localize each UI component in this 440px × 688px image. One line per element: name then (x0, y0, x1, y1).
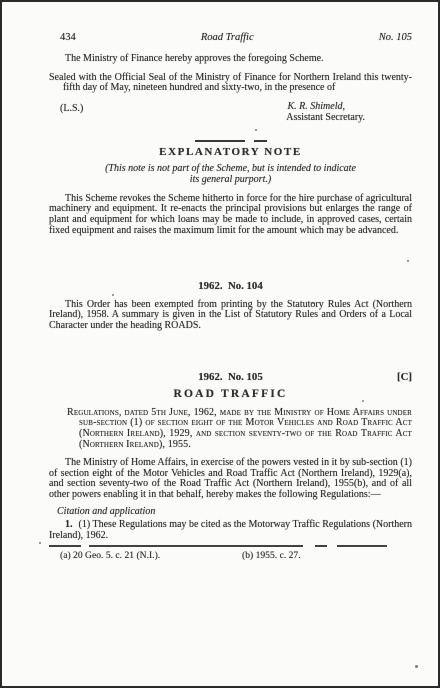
regulation-1-number: 1. (65, 519, 73, 530)
signatory-title: Assistant Secretary. (286, 113, 365, 124)
scanned-document-page: 434 Road Traffic No. 105 The Ministry of… (0, 0, 440, 688)
footnote-rule (49, 545, 412, 547)
footnote-rule-segment (49, 545, 81, 547)
divider-rule (195, 140, 245, 142)
explanatory-note-heading: EXPLANATORY NOTE (49, 147, 412, 158)
regulations-105-heading-row: 1962. No. 105 [C] (49, 372, 412, 383)
instrument-number: No. 105 (379, 33, 412, 44)
scan-speck (112, 294, 114, 296)
scan-speck (255, 129, 257, 131)
running-title: Road Traffic (201, 33, 254, 44)
citation-heading: Citation and application (49, 507, 412, 518)
scan-speck (362, 400, 364, 402)
signature-row: (L.S.) K. R. Shimeld, Assistant Secretar… (49, 102, 412, 128)
regulation-1-text: (1) These Regulations may be cited as th… (49, 519, 412, 541)
road-traffic-title: ROAD TRAFFIC (49, 389, 412, 400)
approval-paragraph: The Ministry of Finance hereby approves … (49, 54, 412, 65)
footnote-b: (b) 1955. c. 27. (242, 551, 301, 562)
scan-speck (39, 542, 41, 544)
footnote-rule-segment (337, 545, 387, 547)
corner-mark: [C] (397, 372, 412, 383)
running-header: 434 Road Traffic No. 105 (49, 33, 412, 44)
regulations-105-heading: 1962. No. 105 (49, 372, 412, 383)
sealing-paragraph: Sealed with the Official Seal of the Min… (49, 73, 412, 95)
order-104-heading: 1962. No. 104 (49, 281, 412, 292)
scan-speck (312, 302, 314, 304)
order-104-body: This Order has been exempted from printi… (49, 300, 412, 332)
signature-block: K. R. Shimeld, Assistant Secretary. (286, 102, 365, 124)
seal-mark: (L.S.) (60, 104, 83, 115)
divider-dash (254, 140, 267, 142)
scan-speck (407, 260, 409, 262)
page-number: 434 (49, 33, 76, 44)
footnote-rule-segment (89, 545, 303, 547)
footnotes-row: (a) 20 Geo. 5. c. 21 (N.I.). (b) 1955. c… (49, 551, 412, 562)
explanatory-note-body: This Scheme revokes the Scheme hitherto … (49, 194, 412, 237)
footnote-rule-segment (315, 545, 327, 547)
explanatory-note-purport: (This note is not part of the Scheme, bu… (102, 164, 360, 186)
section-divider (49, 140, 412, 142)
enacting-paragraph: The Ministry of Home Affairs, in exercis… (49, 458, 412, 501)
footnote-a: (a) 20 Geo. 5. c. 21 (N.I.). (49, 551, 242, 562)
scan-speck (415, 665, 418, 668)
regulations-preamble: Regulations, dated 5th June, 1962, made … (49, 408, 412, 451)
regulation-1: 1.(1) These Regulations may be cited as … (49, 520, 412, 542)
page-content: 434 Road Traffic No. 105 The Ministry of… (49, 2, 412, 562)
